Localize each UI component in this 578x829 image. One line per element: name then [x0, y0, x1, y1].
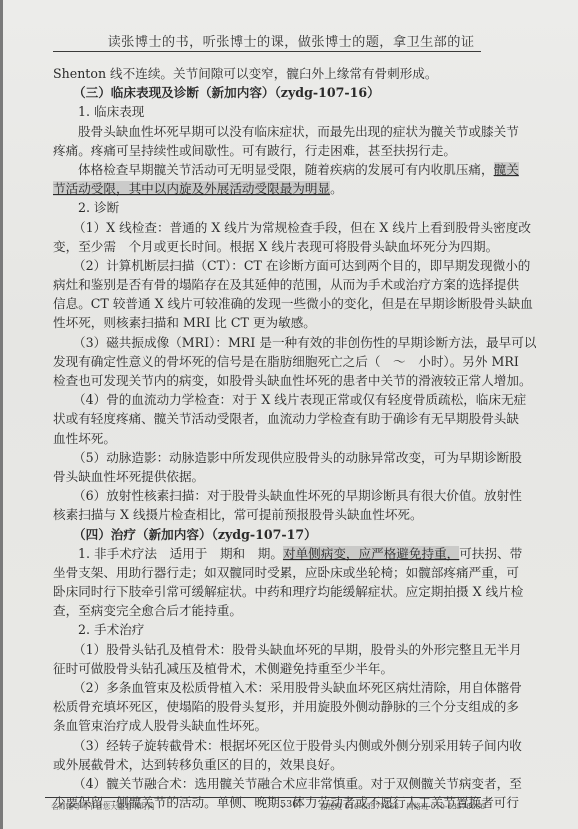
- text-line: 变，至少需 个月或更长时间。根据 X 线片表现可将股骨头缺血坏死分为四期。: [53, 237, 539, 256]
- text-line: 病灶和鉴别是否有骨的塌陷存在及其延伸的范围，从而为手术或治疗方案的选择提供: [53, 275, 539, 294]
- text-span: 可扶拐、带: [459, 546, 522, 561]
- text-line: （3）磁共振成像（MRI）：MRI 是一种有效的非创伤性的早期诊断方法，最早可以: [53, 333, 539, 352]
- text-line: 查，至病变完全愈合后才能持重。: [53, 601, 539, 620]
- text-line: 状或有轻度疼痛、髋关节活动受限者，血流动力学检查有助于确诊有无早期股骨头缺: [53, 409, 539, 428]
- text-line: 核素扫描与 X 线摄片检查相比，常可提前预报股骨头缺血性坏死。: [53, 505, 539, 524]
- text-line: 坐骨支架、用助行器行走；如双髋同时受累，应卧床或坐轮椅；如髋部疼痛严重，可: [53, 563, 539, 582]
- section-heading-treatment: （四）治疗（新加内容）（zydg-107-17）: [53, 525, 539, 544]
- footer-slogan: 名师辅导可节省您大量看书时间: [51, 801, 154, 812]
- text-line: （5）动脉造影：动脉造影中所发现供应股骨头的动脉异常改变，可为早期诊断股: [53, 448, 539, 467]
- text-line: （1）股骨头钻孔及植骨术：股骨头缺血坏死的早期，股骨头的外形完整且无半月: [53, 640, 539, 659]
- text-span: 1. 非手术疗法 适用于 期和 期。: [78, 546, 283, 561]
- text-line: （2）多条血管束及松质骨植入术：采用股骨头缺血坏死区病灶清除，用自体髂骨: [53, 678, 539, 697]
- text-line: 节活动受限，其中以内旋及外展活动受限最为明显。: [53, 179, 539, 198]
- text-line: 征时可做股骨头钻孔减压及植骨术，术侧避免持重至少半年。: [53, 659, 539, 678]
- highlighted-text: 对单侧病变，应严格避免持重，: [283, 546, 459, 561]
- highlighted-text: 髋关: [494, 162, 519, 177]
- text-line: 卧床同时行下肢牵引常可缓解症状。中药和理疗均能缓解症状。应定期拍摄 X 线片检: [53, 582, 539, 601]
- text-line: 信息。CT 较普通 X 线片可较准确的发现一些微小的变化，但是在早期诊断股骨头缺…: [53, 294, 539, 313]
- text-line: （3）经转子旋转截骨术：根据坏死区位于股骨头内侧或外侧分别采用转子间内收: [53, 736, 539, 755]
- text-line: 发现有确定性意义的骨坏死的信号是在脂肪细胞死亡之后（ ～ 小时）。另外 MRI: [53, 352, 539, 371]
- text-line: 股骨头缺血性坏死早期可以没有临床症状，而最先出现的症状为髋关节或膝关节: [53, 122, 539, 141]
- running-header: 读张博士的书，听张博士的课，做张博士的题，拿卫生部的证: [53, 31, 529, 50]
- text-line: 条血管束治疗成人股骨头缺血性坏死。: [53, 716, 539, 735]
- document-page: 读张博士的书，听张博士的课，做张博士的题，拿卫生部的证 Shenton 线不连续…: [0, 0, 578, 829]
- header-rule: [53, 51, 481, 52]
- text-line: 血性坏死。: [53, 429, 539, 448]
- text-line: 性坏死，则核素扫描和 MRI 比 CT 更为敏感。: [53, 313, 539, 332]
- subheading-surgical-treatment: 2. 手术治疗: [53, 620, 539, 639]
- text-span: 体格检查早期髋关节活动可无明显受限，随着疾病的发展可有内收肌压痛，: [78, 162, 494, 177]
- text-line: （1）X 线检查：普通的 X 线片为常规检查手段，但在 X 线片上看到股骨头密度…: [53, 218, 539, 237]
- highlighted-text: 节活动受限，其中以内旋及外展活动受限最为明显: [53, 181, 330, 196]
- text-line: （6）放射性核素扫描：对于股骨头缺血性坏死的早期诊断具有很大价值。放射性: [53, 486, 539, 505]
- text-line: 骨头缺血性坏死提供依据。: [53, 467, 539, 486]
- page-number: 536: [280, 799, 298, 810]
- page-footer: 名师辅导可节省您大量看书时间 536 面授班 010-63577666 网络班 …: [51, 800, 481, 814]
- text-span: 。: [330, 181, 343, 196]
- page-body: Shenton 线不连续。关节间隙可以变窄，髋臼外上缘常有骨刺形成。 （三）临床…: [53, 64, 539, 812]
- text-line: 检查也可发现关节内的病变，如股骨头缺血性坏死的患者中关节的滑液较正常人增加。: [53, 371, 539, 390]
- text-line: Shenton 线不连续。关节间隙可以变窄，髋臼外上缘常有骨刺形成。: [53, 64, 539, 83]
- footer-rule: [45, 797, 481, 798]
- subheading-clinical-manifestation: 1. 临床表现: [53, 102, 539, 121]
- section-heading-clinical: （三）临床表现及诊断（新加内容）（zydg-107-16）: [53, 83, 539, 102]
- footer-contact: 面授班 010-63577666 网络班 010-63578666: [320, 801, 485, 812]
- text-line: （4）髋关节融合术：选用髋关节融合术应非常慎重。对于双侧髋关节病变者，至: [53, 774, 539, 793]
- text-line: （2）计算机断层扫描（CT）：CT 在诊断方面可达到两个目的，即早期发现微小的: [53, 256, 539, 275]
- subheading-diagnosis: 2. 诊断: [53, 198, 539, 217]
- text-line: 疼痛。疼痛可呈持续性或间歇性。可有跛行，行走困难，甚至扶拐行走。: [53, 141, 539, 160]
- text-line: 体格检查早期髋关节活动可无明显受限，随着疾病的发展可有内收肌压痛，髋关: [53, 160, 539, 179]
- text-line: （4）骨的血流动力学检查：对于 X 线片表现正常或仅有轻度骨质疏松，临床无症: [53, 390, 539, 409]
- text-line: 松质骨充填坏死区，使塌陷的股骨头复形，并用旋股外侧动静脉的三个分支组成的多: [53, 697, 539, 716]
- text-line: 或外展截骨术，达到转移负重区的目的，效果良好。: [53, 755, 539, 774]
- text-line: 1. 非手术疗法 适用于 期和 期。对单侧病变，应严格避免持重，可扶拐、带: [53, 544, 539, 563]
